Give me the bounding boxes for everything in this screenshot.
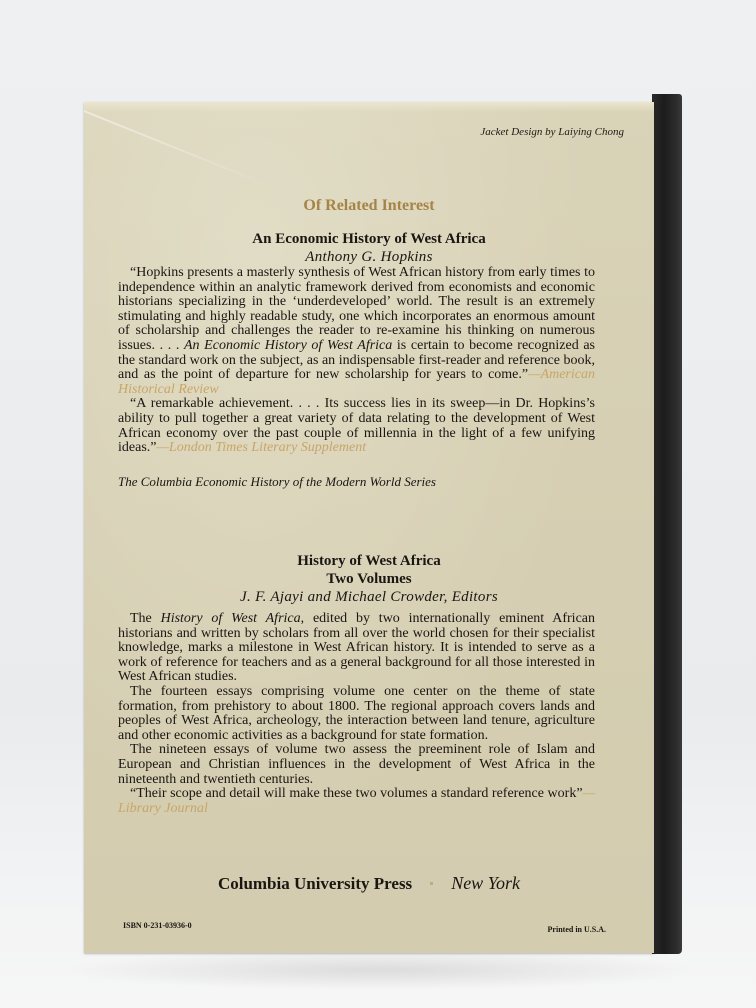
book1-title: An Economic History of West Africa <box>84 230 654 248</box>
review-source: —London Times Literary Supplement <box>156 440 366 455</box>
book2-subtitle: Two Volumes <box>84 570 654 588</box>
book1-author: Anthony G. Hopkins <box>84 248 654 266</box>
book2-title: History of West Africa <box>84 552 654 570</box>
isbn: ISBN 0-231-03936-0 <box>123 921 192 930</box>
book1-reviews: “Hopkins presents a masterly synthesis o… <box>118 266 595 456</box>
publisher-name: Columbia University Press <box>218 874 412 893</box>
book2-para-1: The History of West Africa, edited by tw… <box>118 612 595 685</box>
book2-para-2: The fourteen essays comprising volume on… <box>118 685 595 743</box>
book-spine <box>652 94 682 954</box>
book2-editors: J. F. Ajayi and Michael Crowder, Editors <box>84 588 654 606</box>
book2-header: History of West Africa Two Volumes J. F.… <box>84 552 654 606</box>
book1-series: The Columbia Economic History of the Mod… <box>118 474 436 490</box>
book-back-cover: Jacket Design by Laiying Chong Of Relate… <box>84 94 682 954</box>
section-heading: Of Related Interest <box>84 197 654 215</box>
separator-dot <box>430 882 433 885</box>
book1-header: An Economic History of West Africa Antho… <box>84 230 654 266</box>
jacket-crease <box>84 110 270 187</box>
printed-in: Printed in U.S.A. <box>548 925 606 934</box>
publisher-line: Columbia University PressNew York <box>84 873 654 894</box>
publisher-city: New York <box>451 873 520 893</box>
book1-review-2: “A remarkable achievement. . . . Its suc… <box>118 397 595 455</box>
table-shadow <box>60 950 700 990</box>
book2-description: The History of West Africa, edited by tw… <box>118 612 595 816</box>
book2-review: “Their scope and detail will make these … <box>118 787 595 816</box>
book2-para-3: The nineteen essays of volume two assess… <box>118 743 595 787</box>
jacket-credit: Jacket Design by Laiying Chong <box>480 126 624 138</box>
book1-review-1: “Hopkins presents a masterly synthesis o… <box>118 266 595 397</box>
dust-jacket: Jacket Design by Laiying Chong Of Relate… <box>84 102 654 953</box>
